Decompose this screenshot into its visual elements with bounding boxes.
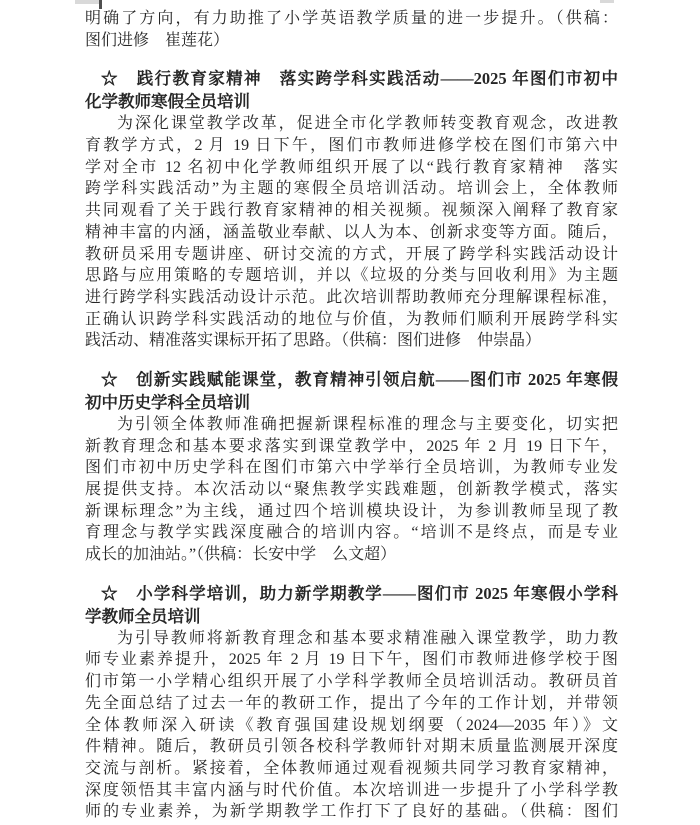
text-line: 为深化课堂教学改革，促进全市化学教师转变教育观念，改进教 bbox=[85, 113, 618, 135]
cropped-ui-fragment-right bbox=[600, 0, 614, 3]
text-line: 新课标理念”为主线，通过四个培训模块设计，为参训教师呈现了教 bbox=[85, 501, 618, 523]
text-line: 化学教师寒假全员培训 bbox=[85, 90, 618, 113]
paragraph: 明确了方向，有力助推了小学英语教学质量的进一步提升。（供稿：图们进修 崔莲花） bbox=[85, 8, 618, 51]
text-line: 交流与剖析。紧接着，全体教师通过观看视频共同学习教育家精神， bbox=[85, 758, 618, 780]
text-line: 践活动、精准落实课标开拓了思路。（供稿：图们进修 仲崇晶） bbox=[85, 330, 618, 352]
text-line: 图们进修 崔莲花） bbox=[85, 30, 618, 52]
star-bullet-icon: ☆ bbox=[101, 69, 119, 88]
text-line: 共同观看了关于践行教育家精神的相关视频。视频深入阐释了教育家 bbox=[85, 200, 618, 222]
text-line: ☆ 小学科学培训，助力新学期教学——图们市 2025 年寒假小学科 bbox=[85, 582, 618, 605]
text-line: 正确认识跨学科实践活动的地位与价值，为教师们顺利开展跨学科实 bbox=[85, 309, 618, 331]
text-line: 跨学科实践活动”为主题的寒假全员培训活动。培训会上，全体教师 bbox=[85, 178, 618, 200]
star-bullet-icon: ☆ bbox=[101, 370, 119, 389]
section-heading: ☆ 践行教育家精神 落实跨学科实践活动——2025 年图们市初中化学教师寒假全员… bbox=[85, 67, 618, 113]
text-line: 成长的加油站。”（供稿：长安中学 么文超） bbox=[85, 544, 618, 566]
text-line: 育教学方式，2 月 19 日下午，图们市教师进修学校在图们市第六中 bbox=[85, 135, 618, 157]
text-line: 新教育理念和基本要求落实到课堂教学中，2025 年 2 月 19 日下午， bbox=[85, 436, 618, 458]
text-line: 进行跨学科实践活动设计示范。此次培训帮助教师充分理解课程标准， bbox=[85, 287, 618, 309]
text-line: 先全面总结了过去一年的教研工作，提出了今年的工作计划，并带领 bbox=[85, 693, 618, 715]
paragraph: 为引领全体教师准确把握新课程标准的理念与主要变化，切实把新教育理念和基本要求落实… bbox=[85, 414, 618, 566]
text-line: 全体教师深入研读《教育强国建设规划纲要（2024—2035 年）》文 bbox=[85, 715, 618, 737]
text-line: 们市第一小学精心组织开展了小学科学教师全员培训活动。教研员首 bbox=[85, 671, 618, 693]
text-line: 教研员采用专题讲座、研讨交流的方式，开展了跨学科实践活动设计 bbox=[85, 244, 618, 266]
heading-text: 践行教育家精神 落实跨学科实践活动——2025 年图们市初中 bbox=[119, 69, 618, 88]
text-line: 深度领悟其丰富内涵与时代价值。本次培训进一步提升了小学科学教 bbox=[85, 780, 618, 802]
text-line: 件精神。随后，教研员引领各校科学教师针对期末质量监测展开深度 bbox=[85, 736, 618, 758]
text-line: 学教师全员培训 bbox=[85, 605, 618, 628]
text-line: 师专业素养提升，2025 年 2 月 19 日下午，图们市教师进修学校于图 bbox=[85, 649, 618, 671]
text-line: 初中历史学科全员培训 bbox=[85, 391, 618, 414]
paragraph: 为引导教师将新教育理念和基本要求精准融入课堂教学，助力教师专业素养提升，2025… bbox=[85, 628, 618, 823]
text-line: 为引领全体教师准确把握新课程标准的理念与主要变化，切实把 bbox=[85, 414, 618, 436]
text-line: 展提供支持。本次活动以“聚焦教学实践难题，创新教学模式，落实 bbox=[85, 479, 618, 501]
text-line: 图们市初中历史学科在图们市第六中学举行全员培训，为教师专业发 bbox=[85, 457, 618, 479]
document-page: 明确了方向，有力助推了小学英语教学质量的进一步提升。（供稿：图们进修 崔莲花）☆… bbox=[85, 8, 618, 823]
text-line: 学对全市 12 名初中化学教师组织开展了以“践行教育家精神 落实 bbox=[85, 157, 618, 179]
cropped-ui-fragment-left bbox=[75, 0, 101, 4]
heading-text: 小学科学培训，助力新学期教学——图们市 2025 年寒假小学科 bbox=[119, 584, 618, 603]
text-line: 思路与应用策略的专题培训，并以《垃圾的分类与回收利用》为主题 bbox=[85, 265, 618, 287]
paragraph: 为深化课堂教学改革，促进全市化学教师转变教育观念，改进教育教学方式，2 月 19… bbox=[85, 113, 618, 352]
text-line: ☆ 践行教育家精神 落实跨学科实践活动——2025 年图们市初中 bbox=[85, 67, 618, 90]
text-line: ☆ 创新实践赋能课堂，教育精神引领启航——图们市 2025 年寒假 bbox=[85, 368, 618, 391]
section-heading: ☆ 小学科学培训，助力新学期教学——图们市 2025 年寒假小学科学教师全员培训 bbox=[85, 582, 618, 628]
text-line: 明确了方向，有力助推了小学英语教学质量的进一步提升。（供稿： bbox=[85, 8, 618, 30]
text-line: 育理念与教学实践深度融合的培训内容。“培训不是终点，而是专业 bbox=[85, 522, 618, 544]
text-line: 师的专业素养，为新学期教学工作打下了良好的基础。（供稿：图们 bbox=[85, 801, 618, 823]
text-line: 精神丰富的内涵，涵盖敬业奉献、以人为本、创新求变等方面。随后， bbox=[85, 222, 618, 244]
text-line: 为引导教师将新教育理念和基本要求精准融入课堂教学，助力教 bbox=[85, 628, 618, 650]
section-heading: ☆ 创新实践赋能课堂，教育精神引领启航——图们市 2025 年寒假初中历史学科全… bbox=[85, 368, 618, 414]
star-bullet-icon: ☆ bbox=[101, 584, 119, 603]
heading-text: 创新实践赋能课堂，教育精神引领启航——图们市 2025 年寒假 bbox=[119, 370, 618, 389]
